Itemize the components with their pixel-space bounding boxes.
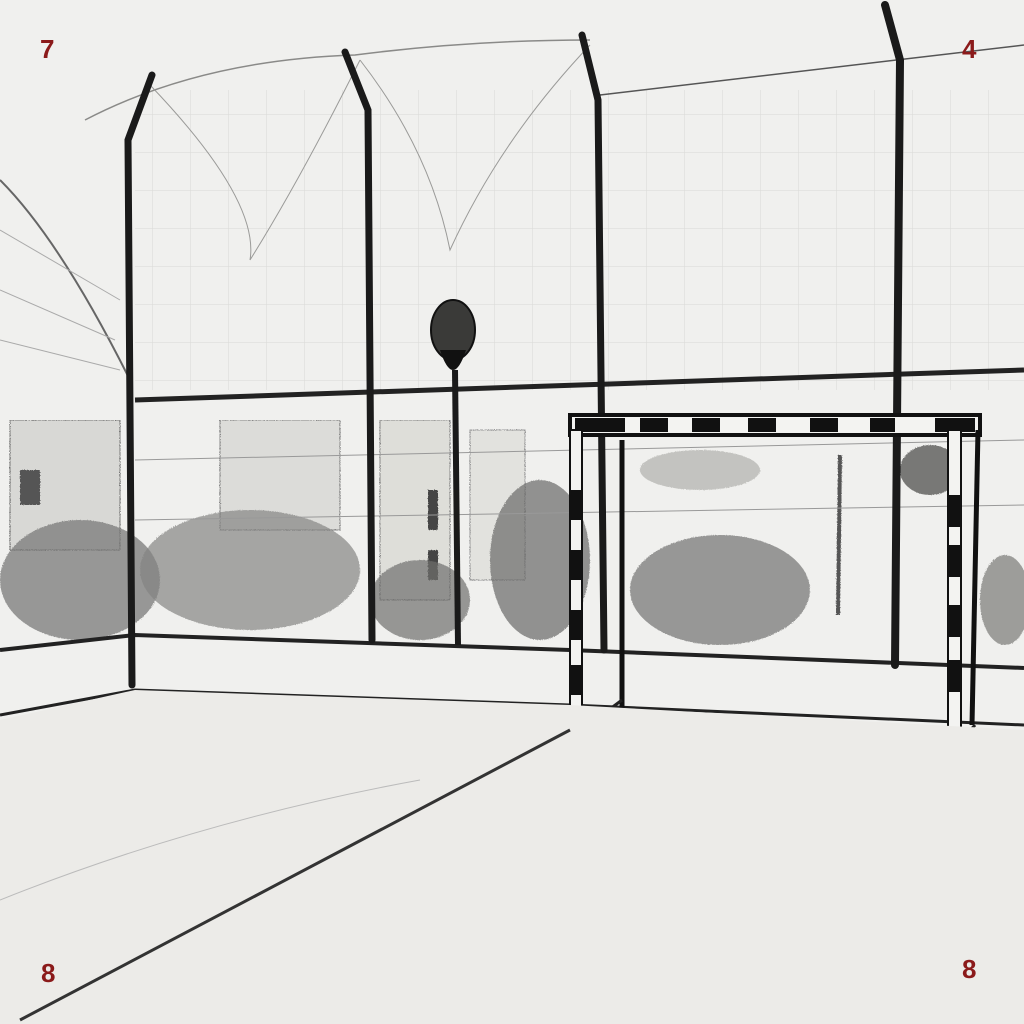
- corner-number-top-left: 7: [40, 36, 54, 62]
- corner-number-bottom-left: 8: [41, 960, 55, 986]
- corner-number-top-right: 4: [962, 36, 976, 62]
- overhead-netting: [0, 40, 1024, 390]
- background-scenery: [0, 420, 1024, 645]
- corner-number-bottom-right: 8: [962, 956, 976, 982]
- court-sketch-illustration: [0, 0, 1024, 1024]
- court-floor: [0, 690, 1024, 1024]
- sketch-canvas: 7 4 8 8: [0, 0, 1024, 1024]
